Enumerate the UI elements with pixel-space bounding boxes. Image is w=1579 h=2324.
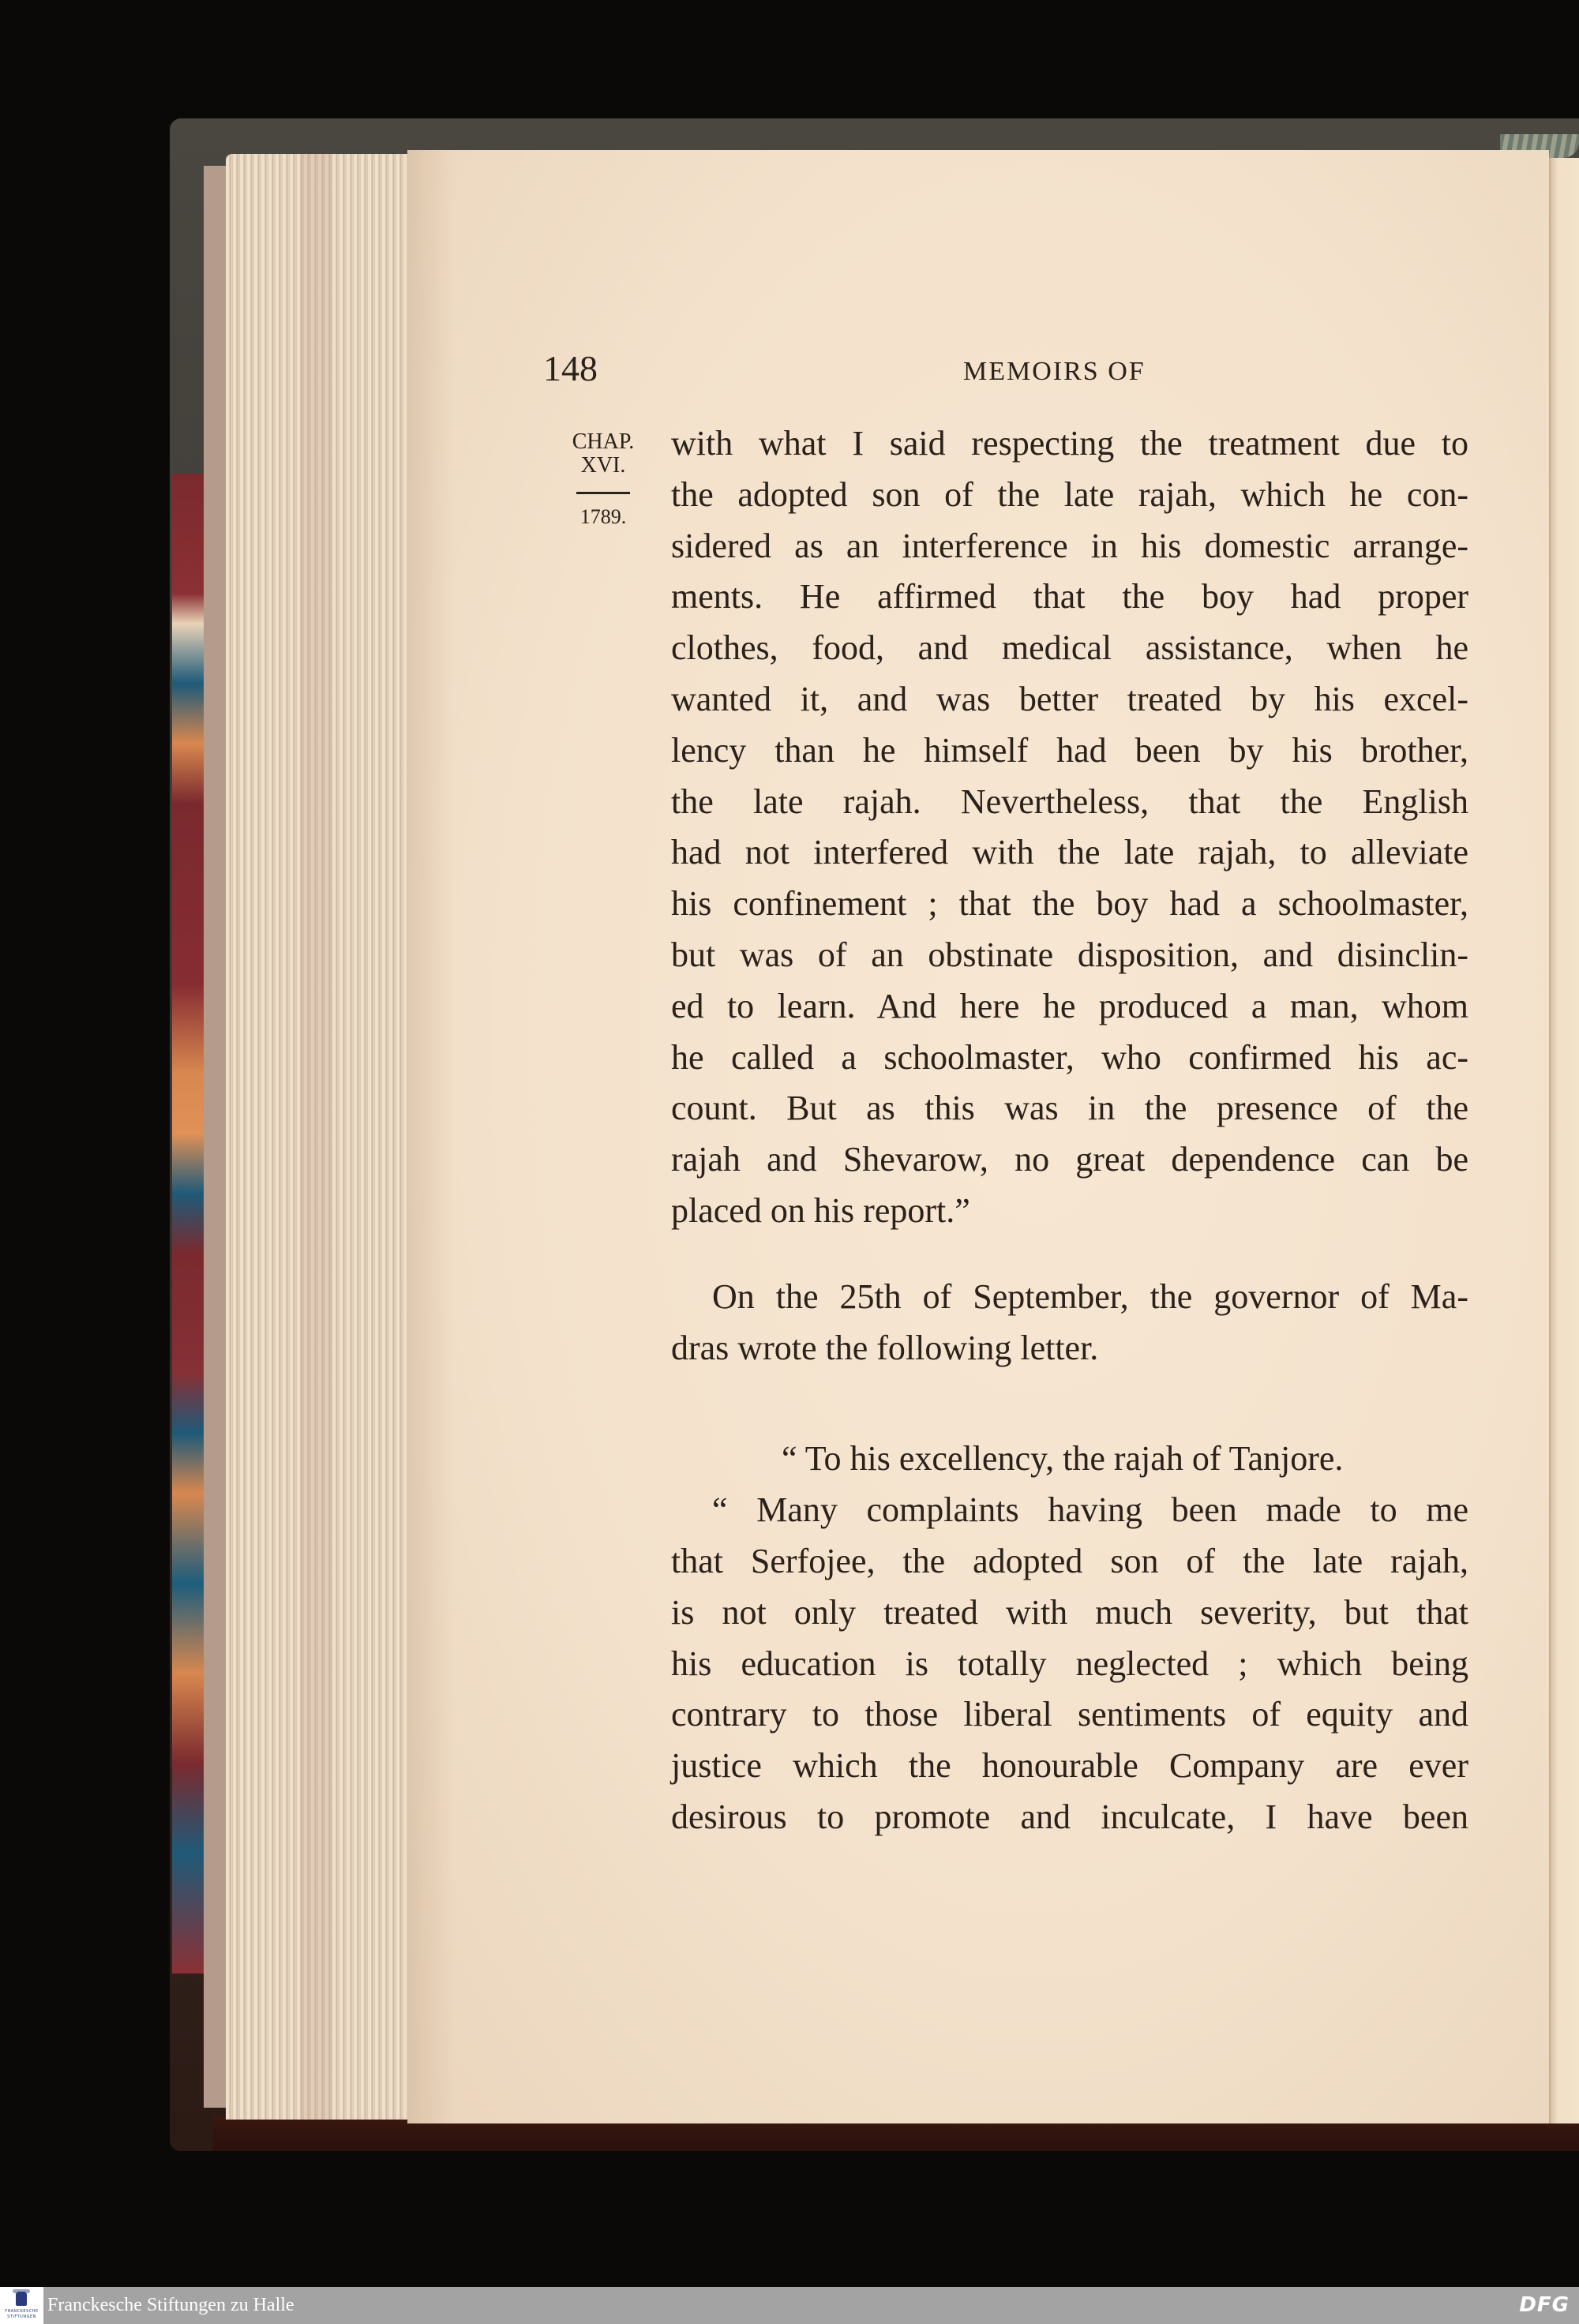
text-line: with what I said respecting the treatmen… bbox=[671, 418, 1468, 470]
text-line: sidered as an interference in his domest… bbox=[671, 521, 1468, 572]
text-line: “ Many complaints having been made to me bbox=[671, 1485, 1468, 1536]
paragraph-gap bbox=[671, 1374, 1468, 1434]
text-line: his education is totally neglected ; whi… bbox=[671, 1639, 1468, 1690]
text-line: desirous to promote and inculcate, I hav… bbox=[671, 1792, 1468, 1843]
sidenote-chapter-number: XVI. bbox=[562, 454, 644, 478]
logo-figure-icon bbox=[16, 2292, 27, 2306]
body-text: with what I said respecting the treatmen… bbox=[671, 418, 1468, 1843]
footer-bar: FRANCKESCHE STIFTUNGEN Franckesche Stift… bbox=[0, 2287, 1579, 2324]
page-number: 148 bbox=[543, 347, 598, 389]
text-line: lency than he himself had been by his br… bbox=[671, 725, 1468, 777]
text-line: rajah and Shevarow, no great dependence … bbox=[671, 1134, 1468, 1186]
text-line: wanted it, and was better treated by his… bbox=[671, 674, 1468, 725]
paragraph-gap bbox=[671, 1237, 1468, 1272]
sidenote-chapter-label: CHAP. bbox=[562, 430, 644, 454]
text-line: ed to learn. And here he produced a man,… bbox=[671, 981, 1468, 1033]
institution-logo: FRANCKESCHE STIFTUNGEN bbox=[0, 2287, 43, 2324]
text-line: justice which the honourable Company are… bbox=[671, 1741, 1468, 1792]
institution-name: Franckesche Stiftungen zu Halle bbox=[47, 2295, 294, 2316]
text-line: count. But as this was in the presence o… bbox=[671, 1083, 1468, 1134]
text-line: he called a schoolmaster, who confirmed … bbox=[671, 1033, 1468, 1084]
text-line: the late rajah. Nevertheless, that the E… bbox=[671, 777, 1468, 828]
text-line: that Serfojee, the adopted son of the la… bbox=[671, 1536, 1468, 1587]
marbled-endpaper bbox=[172, 474, 205, 1974]
text-line: the adopted son of the late rajah, which… bbox=[671, 470, 1468, 521]
letter-salutation: “ To his excellency, the rajah of Tanjor… bbox=[671, 1434, 1468, 1485]
text-line: is not only treated with much severity, … bbox=[671, 1587, 1468, 1639]
text-line: contrary to those liberal sentiments of … bbox=[671, 1689, 1468, 1741]
text-line: On the 25th of September, the governor o… bbox=[671, 1272, 1468, 1323]
logo-label: FRANCKESCHE STIFTUNGEN bbox=[2, 2309, 42, 2320]
stacked-page-edges bbox=[226, 154, 407, 2120]
dfg-logo: DFG bbox=[1519, 2293, 1570, 2317]
text-line: placed on his report.” bbox=[671, 1186, 1468, 1237]
text-line: but was of an obstinate disposition, and… bbox=[671, 930, 1468, 981]
running-head: MEMOIRS OF bbox=[963, 357, 1146, 387]
text-line: had not interfered with the late rajah, … bbox=[671, 827, 1468, 879]
text-line: his confinement ; that the boy had a sch… bbox=[671, 879, 1468, 930]
facing-page-edge bbox=[1549, 158, 1579, 2123]
text-line: ments. He affirmed that the boy had prop… bbox=[671, 572, 1468, 623]
sidenote-year: 1789. bbox=[562, 505, 644, 529]
text-line: dras wrote the following letter. bbox=[671, 1323, 1468, 1374]
flyleaf-edge bbox=[204, 166, 226, 2108]
gutter-shadow bbox=[407, 150, 455, 2123]
margin-sidenote: CHAP. XVI. 1789. bbox=[562, 430, 644, 529]
text-line: clothes, food, and medical assistance, w… bbox=[671, 623, 1468, 674]
sidenote-rule bbox=[576, 492, 630, 494]
